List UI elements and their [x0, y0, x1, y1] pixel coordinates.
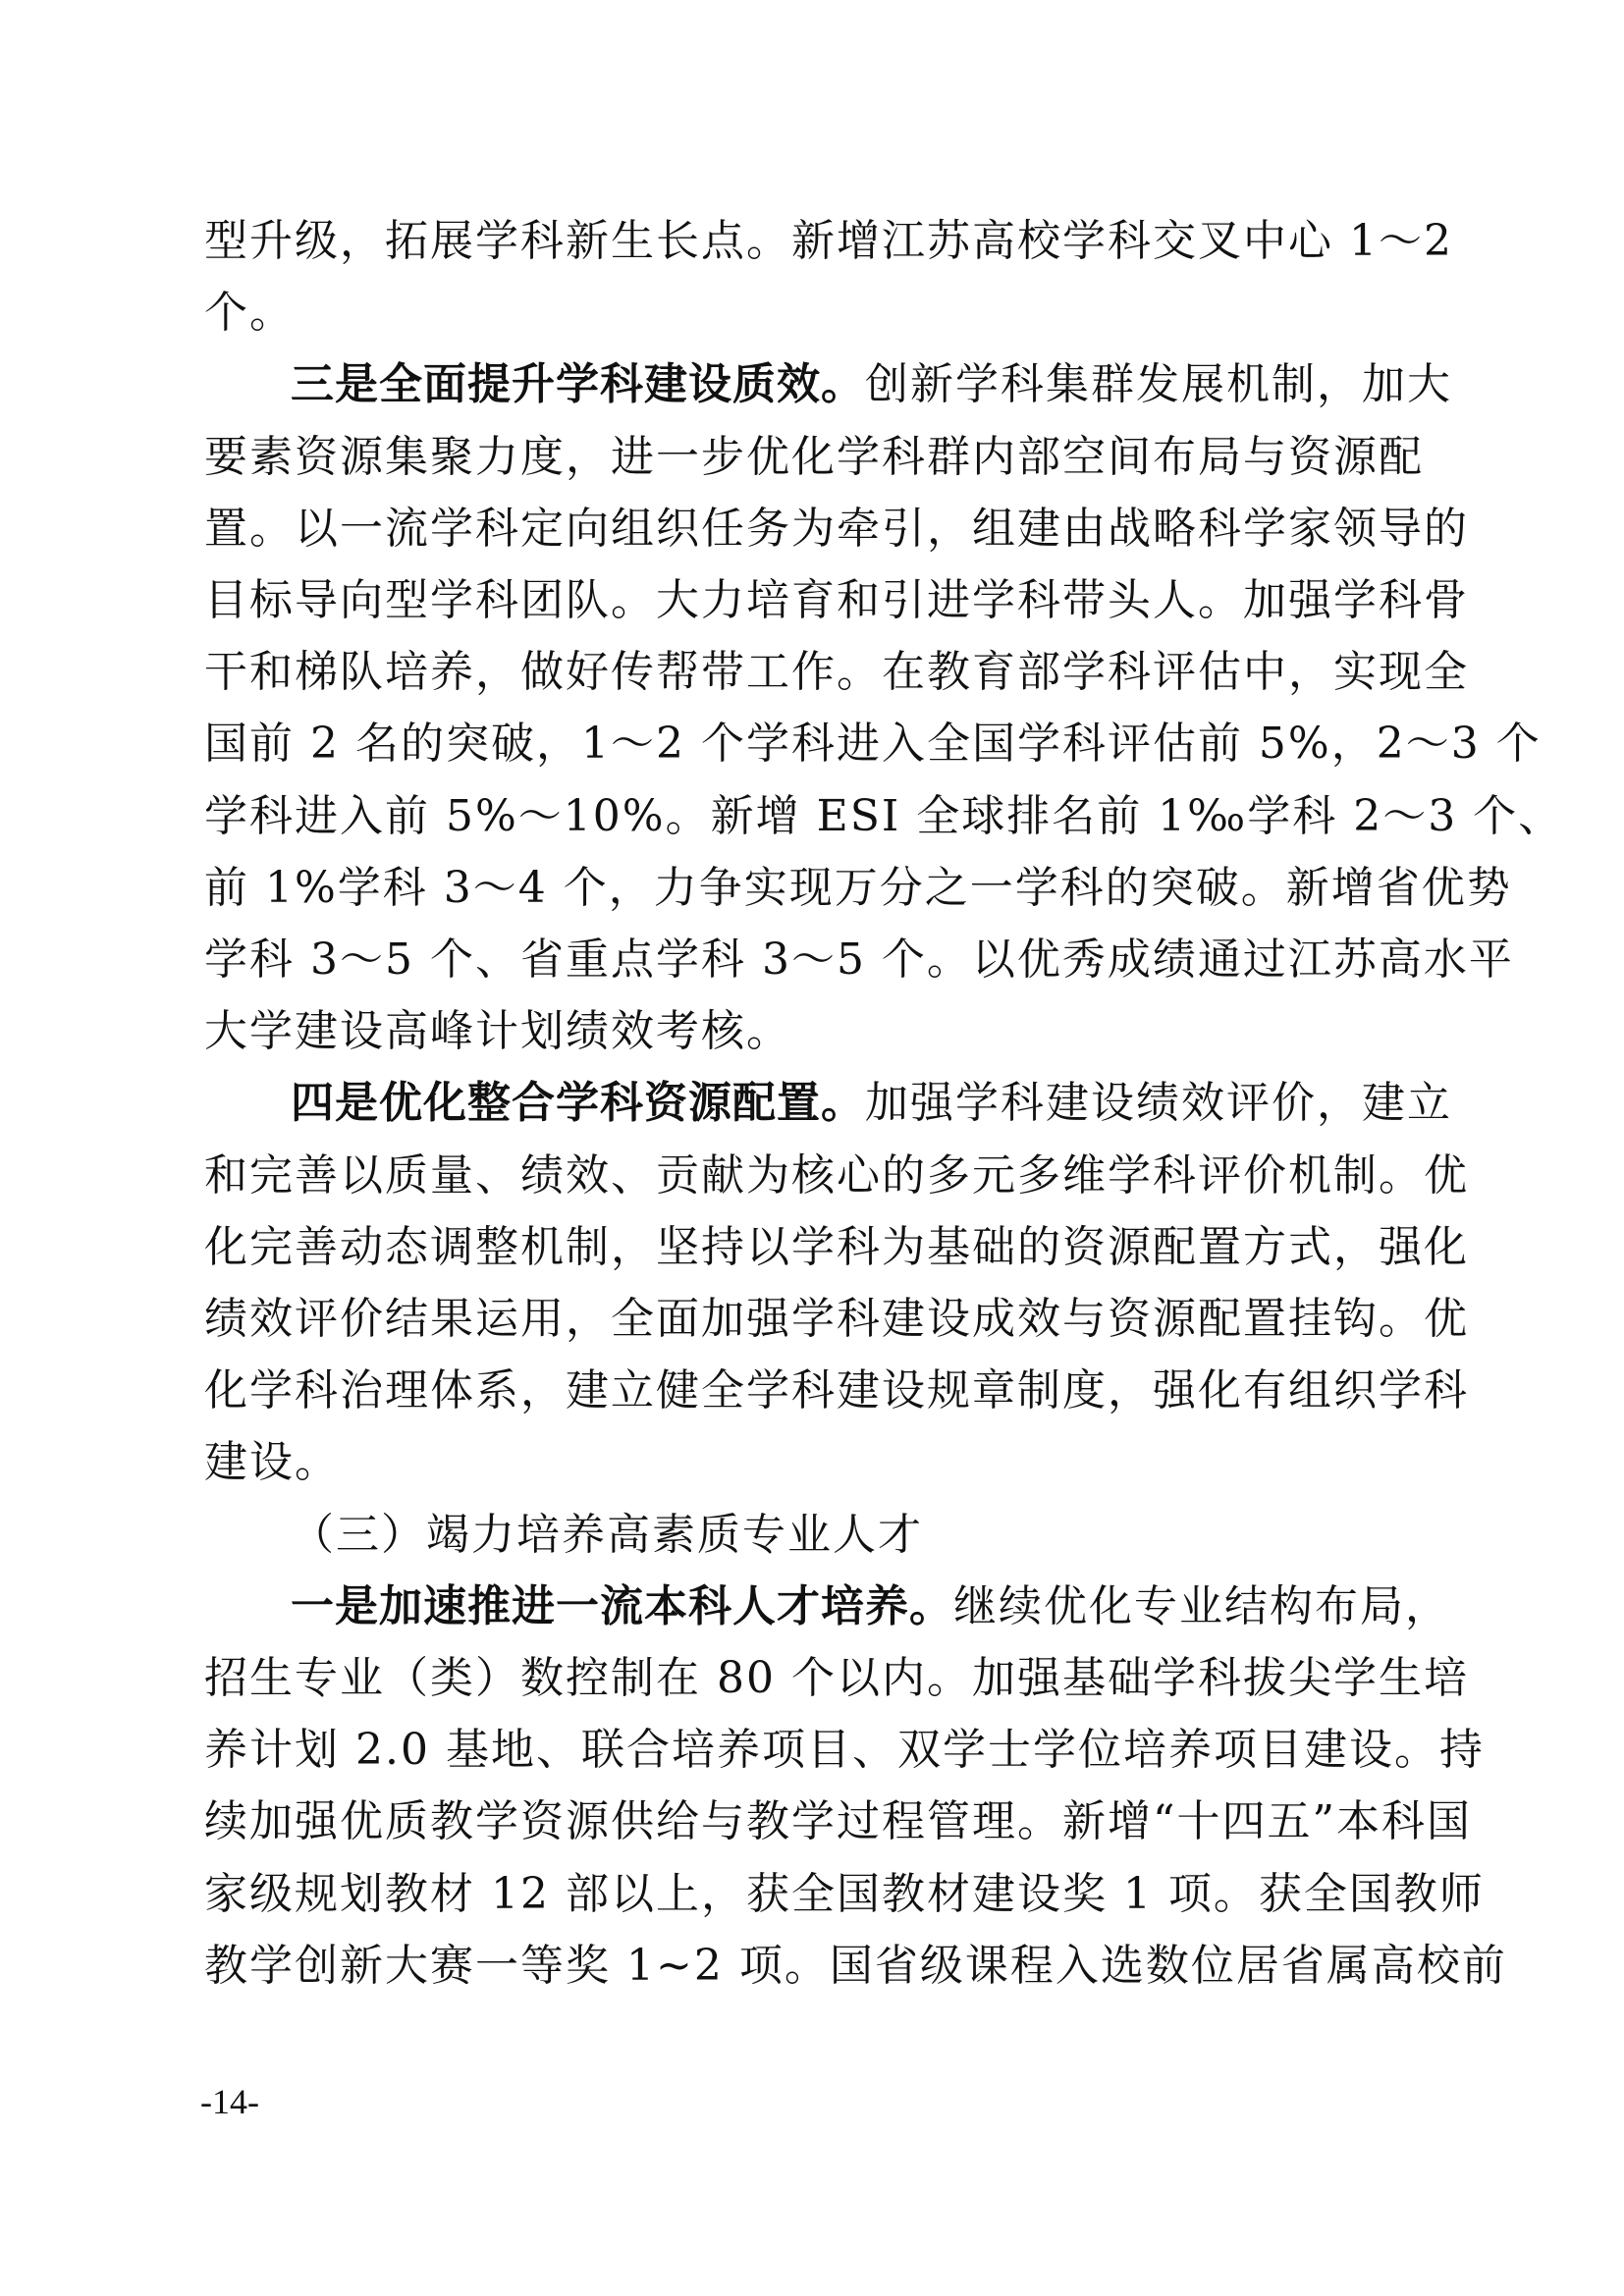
paragraph-lead-heading: 三是全面提升学科建设质效。: [291, 359, 865, 409]
paragraph-point-1: 一是加速推进一流本科人才培养。继续优化专业结构布局， 招生专业（类）数控制在 8…: [204, 1571, 1432, 2002]
text-line: 继续优化专业结构布局，: [953, 1581, 1450, 1631]
text-line: 化学科治理体系，建立健全学科建设规章制度，强化有组织学科: [204, 1355, 1432, 1426]
text-line: 置。以一流学科定向组织任务为牵引，组建由战略科学家领导的: [204, 493, 1432, 564]
text-line: 要素资源集聚力度，进一步优化学科群内部空间布局与资源配: [204, 421, 1432, 493]
paragraph-lead-heading: 一是加速推进一流本科人才培养。: [291, 1581, 953, 1631]
text-line: 创新学科集群发展机制，加大: [865, 359, 1452, 409]
text-line: 型升级，拓展学科新生长点。新增江苏高校学科交叉中心 1～2: [204, 205, 1432, 277]
document-page: 型升级，拓展学科新生长点。新增江苏高校学科交叉中心 1～2 个。 三是全面提升学…: [204, 205, 1432, 2002]
text-line: 前 1%学科 3～4 个，力争实现万分之一学科的突破。新增省优势: [204, 852, 1432, 924]
text-line: 学科进入前 5%～10%。新增 ESI 全球排名前 1‰学科 2～3 个、: [204, 780, 1432, 852]
text-line: 招生专业（类）数控制在 80 个以内。加强基础学科拔尖学生培: [204, 1642, 1432, 1714]
section-heading: （三）竭力培养高素质专业人才: [204, 1499, 1432, 1571]
text-line: 和完善以质量、绩效、贡献为核心的多元多维学科评价机制。优: [204, 1140, 1432, 1211]
text-line: 加强学科建设绩效评价，建立: [865, 1078, 1452, 1128]
text-line: 化完善动态调整机制，坚持以学科为基础的资源配置方式，强化: [204, 1211, 1432, 1283]
text-line: 个。: [204, 277, 1432, 348]
text-line: 绩效评价结果运用，全面加强学科建设成效与资源配置挂钩。优: [204, 1283, 1432, 1355]
text-line: 养计划 2.0 基地、联合培养项目、双学士学位培养项目建设。持: [204, 1714, 1432, 1786]
text-line: 建设。: [204, 1426, 1432, 1498]
text-line: 目标导向型学科团队。大力培育和引进学科带头人。加强学科骨: [204, 564, 1432, 636]
paragraph-lead-heading: 四是优化整合学科资源配置。: [291, 1078, 865, 1128]
text-line: 干和梯队培养，做好传帮带工作。在教育部学科评估中，实现全: [204, 636, 1432, 708]
text-line: 学科 3～5 个、省重点学科 3～5 个。以优秀成绩通过江苏高水平: [204, 924, 1432, 995]
paragraph-continuation: 型升级，拓展学科新生长点。新增江苏高校学科交叉中心 1～2 个。: [204, 205, 1432, 348]
text-line: 续加强优质教学资源供给与教学过程管理。新增“十四五”本科国: [204, 1786, 1432, 1857]
page-number: -14-: [200, 2081, 259, 2122]
paragraph-point-4: 四是优化整合学科资源配置。加强学科建设绩效评价，建立 和完善以质量、绩效、贡献为…: [204, 1067, 1432, 1498]
paragraph-point-3: 三是全面提升学科建设质效。创新学科集群发展机制，加大 要素资源集聚力度，进一步优…: [204, 348, 1432, 1067]
text-line: 国前 2 名的突破，1～2 个学科进入全国学科评估前 5%，2～3 个: [204, 708, 1432, 779]
text-line: 家级规划教材 12 部以上，获全国教材建设奖 1 项。获全国教师: [204, 1858, 1432, 1930]
text-line: 大学建设高峰计划绩效考核。: [204, 995, 1432, 1067]
text-line: 教学创新大赛一等奖 1~2 项。国省级课程入选数位居省属高校前: [204, 1930, 1432, 2002]
